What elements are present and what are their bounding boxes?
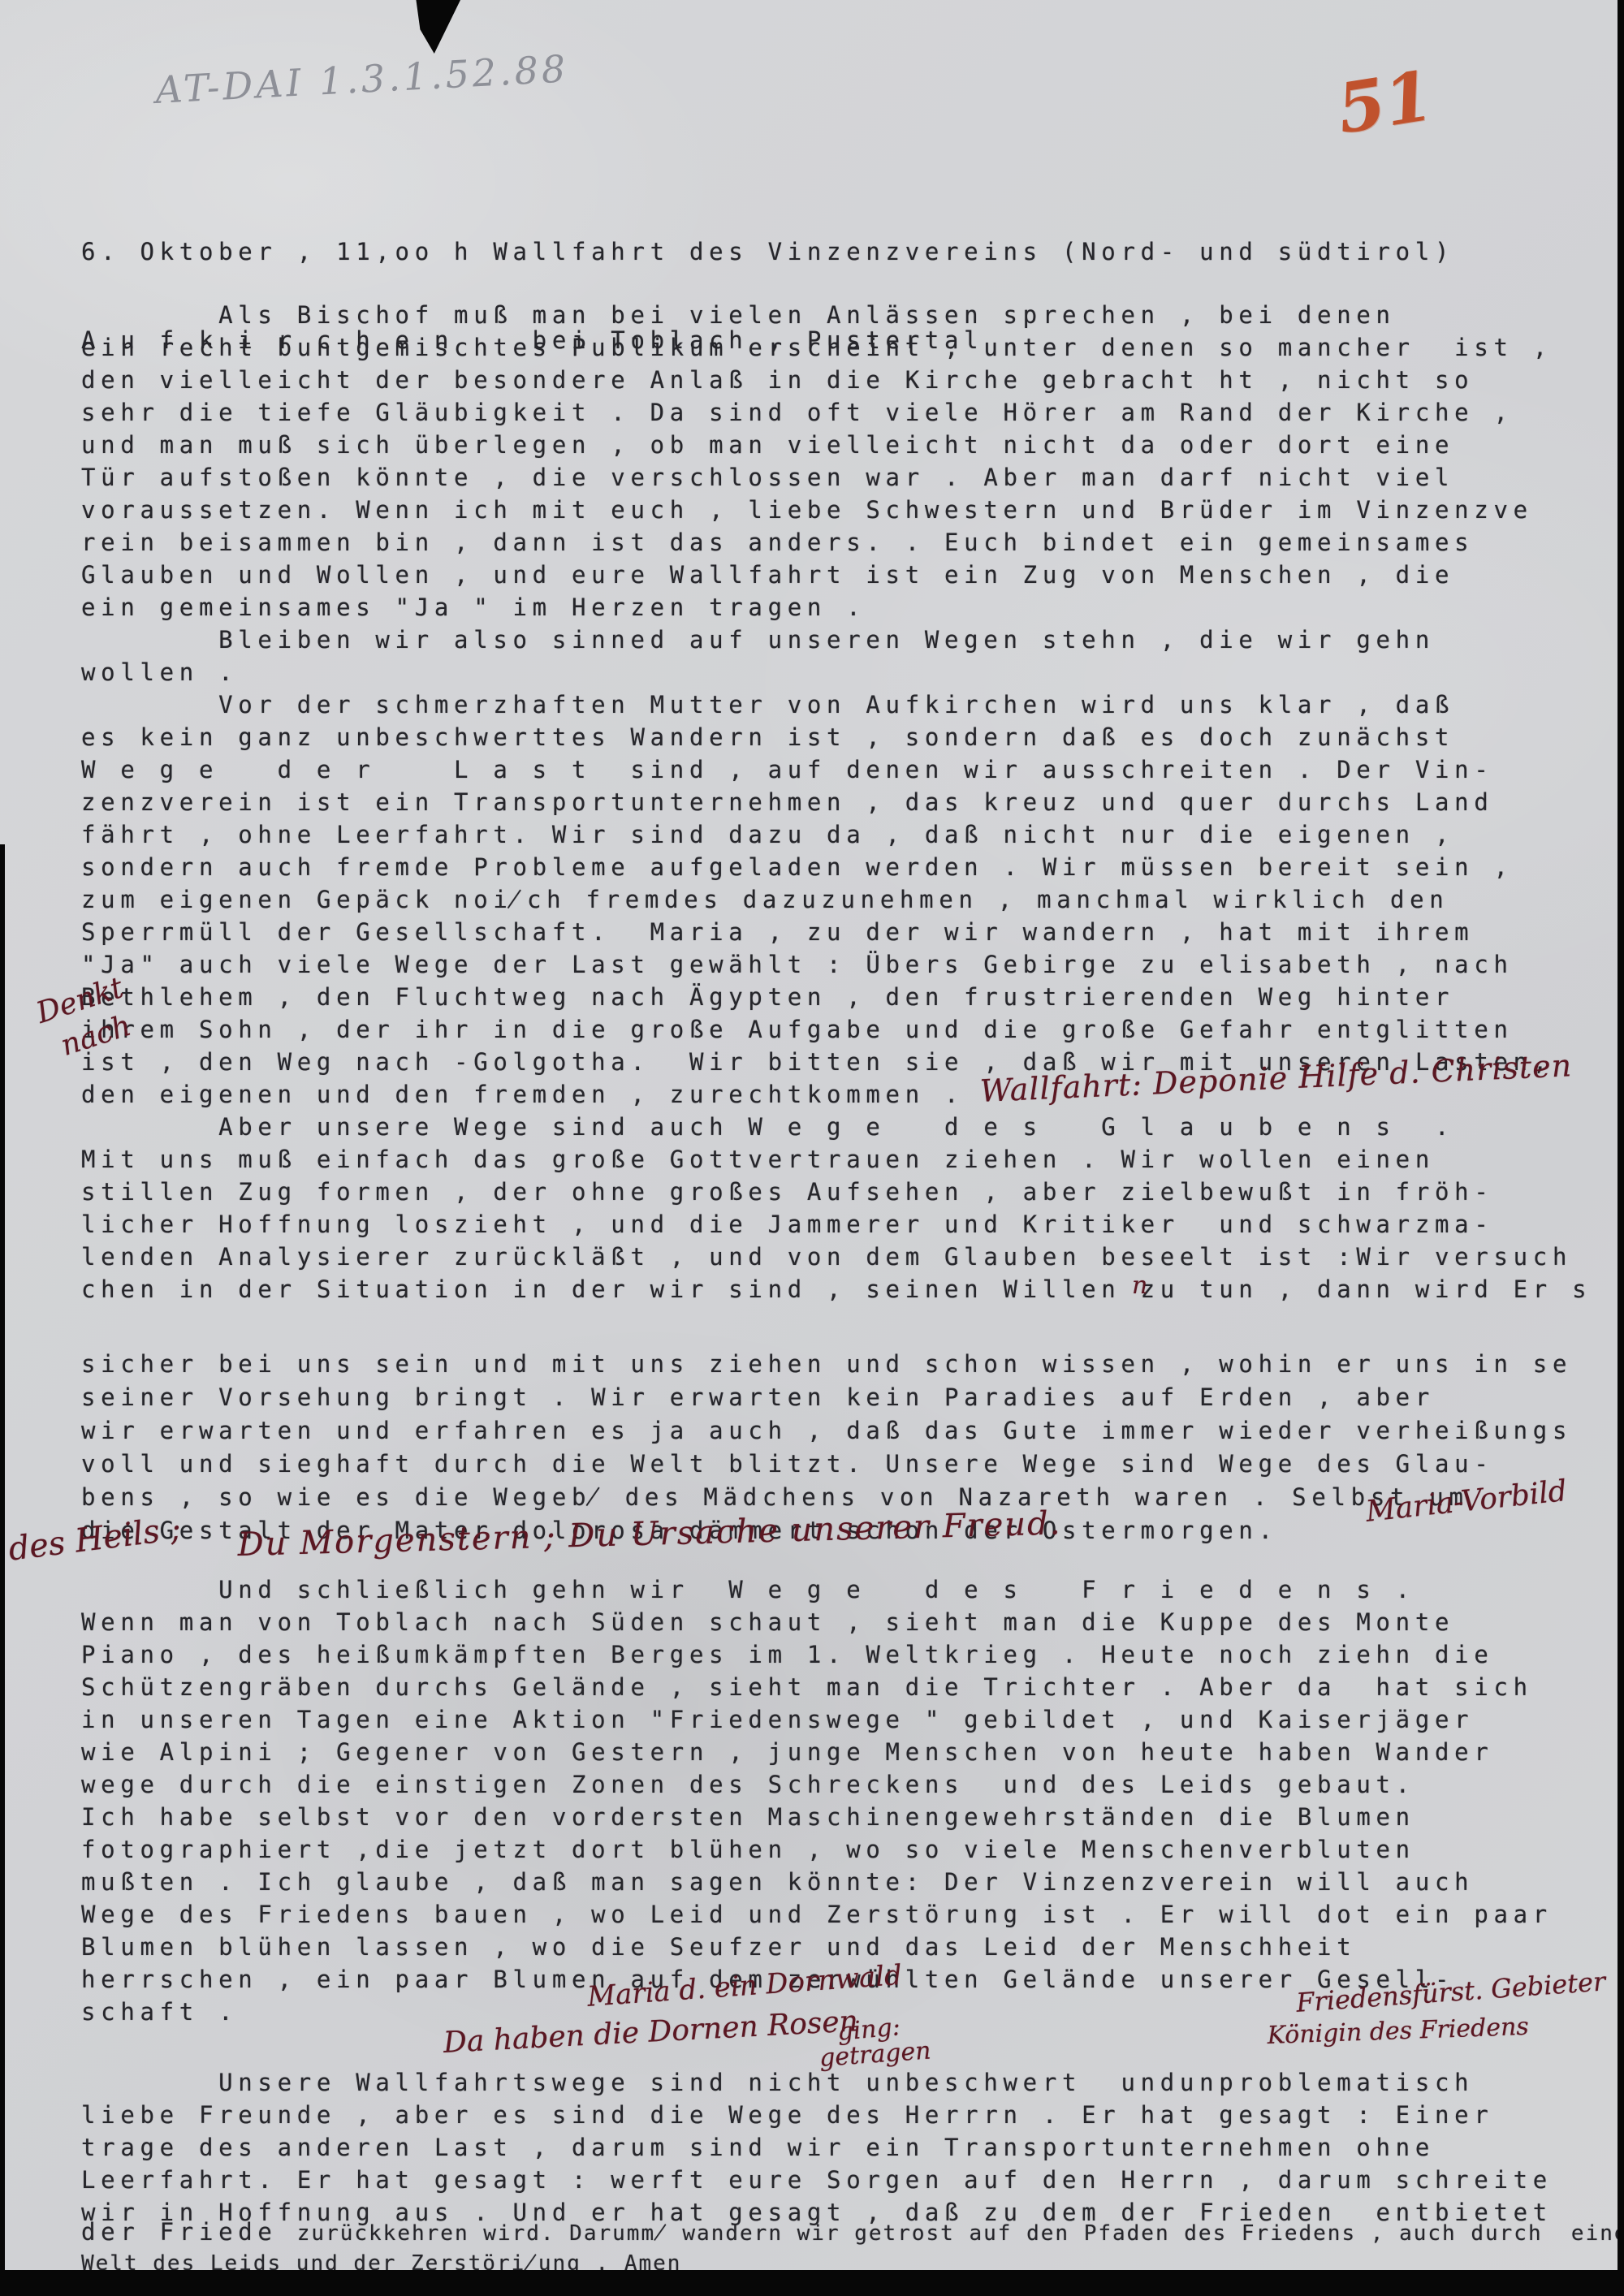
typed-line: Blumen blühen lassen , wo die Seufzer un… bbox=[81, 1931, 1553, 1963]
typed-line: zum eigenen Gepäck noi̸ch fremdes dazuzu… bbox=[81, 883, 1592, 916]
typed-line: Vor der schmerzhaften Mutter von Aufkirc… bbox=[81, 688, 1592, 721]
typed-line: Wenn man von Toblach nach Süden schaut ,… bbox=[81, 1606, 1553, 1638]
typed-line: den vielleicht der besondere Anlaß in di… bbox=[81, 364, 1592, 396]
typed-line: "Ja" auch viele Wege der Last gewählt : … bbox=[81, 948, 1592, 981]
typed-line: wie Alpini ; Gegener von Gestern , junge… bbox=[81, 1736, 1553, 1768]
typed-line: ihrem Sohn , der ihr in die große Aufgab… bbox=[81, 1013, 1592, 1046]
typed-line: in unseren Tagen eine Aktion "Friedenswe… bbox=[81, 1703, 1553, 1736]
typed-line: wir erwarten und erfahren es ja auch , d… bbox=[81, 1414, 1572, 1448]
typed-line: und man muß sich überlegen , ob man viel… bbox=[81, 429, 1592, 461]
scan-border-bottom bbox=[0, 2270, 1624, 2296]
typed-line: Tür aufstoßen könnte , die verschlossen … bbox=[81, 461, 1592, 494]
typed-body-block: Unsere Wallfahrtswege sind nicht unbesch… bbox=[81, 2066, 1553, 2229]
typed-body-block: Und schließlich gehn wir W e g e d e s F… bbox=[81, 1573, 1553, 2028]
typed-line: voraussetzen. Wenn ich mit euch , liebe … bbox=[81, 494, 1592, 526]
typed-line: lenden Analysierer zurückläßt , und von … bbox=[81, 1241, 1592, 1273]
typed-line: licher Hoffnung loszieht , und die Jamme… bbox=[81, 1208, 1592, 1241]
typed-line: Ich habe selbst vor den vordersten Masch… bbox=[81, 1801, 1553, 1833]
typed-line: Mit uns muß einfach das große Gottvertra… bbox=[81, 1143, 1592, 1176]
typed-line: liebe Freunde , aber es sind die Wege de… bbox=[81, 2099, 1553, 2131]
typed-line: Und schließlich gehn wir W e g e d e s F… bbox=[81, 1573, 1553, 1606]
typed-line: rein beisammen bin , dann ist das anders… bbox=[81, 526, 1592, 559]
typed-line: sondern auch fremde Probleme aufgeladen … bbox=[81, 851, 1592, 883]
paper-sheet: AT-DAI 1.3.1.52.88 51 6. Oktober , 11,oo… bbox=[0, 0, 1619, 2272]
typed-line: Wege des Friedens bauen , wo Leid und Ze… bbox=[81, 1898, 1553, 1931]
typed-segment: zurückkehren wird. Darumm̸ wandern wir g… bbox=[297, 2221, 1624, 2246]
typed-line: ein recht buntgemischtes Publikum ersche… bbox=[81, 331, 1592, 364]
typed-body-block: der Friede zurückkehren wird. Darumm̸ wa… bbox=[81, 2217, 1624, 2277]
archive-reference-handwriting: AT-DAI 1.3.1.52.88 bbox=[154, 46, 569, 112]
typed-line: Bethlehem , den Fluchtweg nach Ägypten ,… bbox=[81, 981, 1592, 1013]
typed-line: ein gemeinsames "Ja " im Herzen tragen . bbox=[81, 591, 1592, 624]
typed-line: Als Bischof muß man bei vielen Anlässen … bbox=[81, 299, 1592, 331]
typed-line: der Friede zurückkehren wird. Darumm̸ wa… bbox=[81, 2217, 1624, 2247]
typed-line: Piano , des heißumkämpften Berges im 1. … bbox=[81, 1638, 1553, 1671]
typed-line: Sperrmüll der Gesellschaft. Maria , zu d… bbox=[81, 916, 1592, 948]
typed-segment: der Friede bbox=[81, 2218, 297, 2246]
scan-border-left bbox=[0, 844, 5, 2273]
typed-line: stillen Zug formen , der ohne großes Auf… bbox=[81, 1176, 1592, 1208]
letter-insert-handwriting: n bbox=[1132, 1271, 1147, 1300]
typed-line: mußten . Ich glaube , daß man sagen könn… bbox=[81, 1866, 1553, 1898]
typed-line: sicher bei uns sein und mit uns ziehen u… bbox=[81, 1348, 1572, 1381]
typed-line: wollen . bbox=[81, 656, 1592, 688]
typed-line: fährt , ohne Leerfahrt. Wir sind dazu da… bbox=[81, 818, 1592, 851]
typed-line: Schützengräben durchs Gelände , sieht ma… bbox=[81, 1671, 1553, 1703]
typed-line: es kein ganz unbeschwerttes Wandern ist … bbox=[81, 721, 1592, 753]
header-line-date: 6. Oktober , 11,oo h Wallfahrt des Vinze… bbox=[81, 235, 1454, 269]
scanned-document-page: { "page": { "archive_ref": "AT-DAI 1.3.1… bbox=[0, 0, 1624, 2296]
typed-line: W e g e d e r L a s t sind , auf denen w… bbox=[81, 753, 1592, 786]
typed-line: trage des anderen Last , darum sind wir … bbox=[81, 2131, 1553, 2164]
scan-border-right bbox=[1618, 0, 1624, 2296]
page-number-handwriting: 51 bbox=[1332, 55, 1438, 149]
typed-line: chen in der Situation in der wir sind , … bbox=[81, 1273, 1592, 1306]
typed-body-block: Als Bischof muß man bei vielen Anlässen … bbox=[81, 299, 1592, 1306]
typed-line: Bleiben wir also sinned auf unseren Wege… bbox=[81, 624, 1592, 656]
typed-line: zenzverein ist ein Transportunternehmen … bbox=[81, 786, 1592, 818]
typed-line: fotographiert ,die jetzt dort blühen , w… bbox=[81, 1833, 1553, 1866]
typed-line: Leerfahrt. Er hat gesagt : werft eure So… bbox=[81, 2164, 1553, 2196]
typed-line: Unsere Wallfahrtswege sind nicht unbesch… bbox=[81, 2066, 1553, 2099]
typed-line: Aber unsere Wege sind auch W e g e d e s… bbox=[81, 1111, 1592, 1143]
typed-line: sehr die tiefe Gläubigkeit . Da sind oft… bbox=[81, 396, 1592, 429]
typed-line: wege durch die einstigen Zonen des Schre… bbox=[81, 1768, 1553, 1801]
typed-line: bens , so wie es die Wegeb̸ des Mädchens… bbox=[81, 1481, 1572, 1514]
typed-line: seiner Vorsehung bringt . Wir erwarten k… bbox=[81, 1381, 1572, 1414]
typed-line: voll und sieghaft durch die Welt blitzt.… bbox=[81, 1448, 1572, 1481]
typed-line: Glauben und Wollen , und eure Wallfahrt … bbox=[81, 559, 1592, 591]
